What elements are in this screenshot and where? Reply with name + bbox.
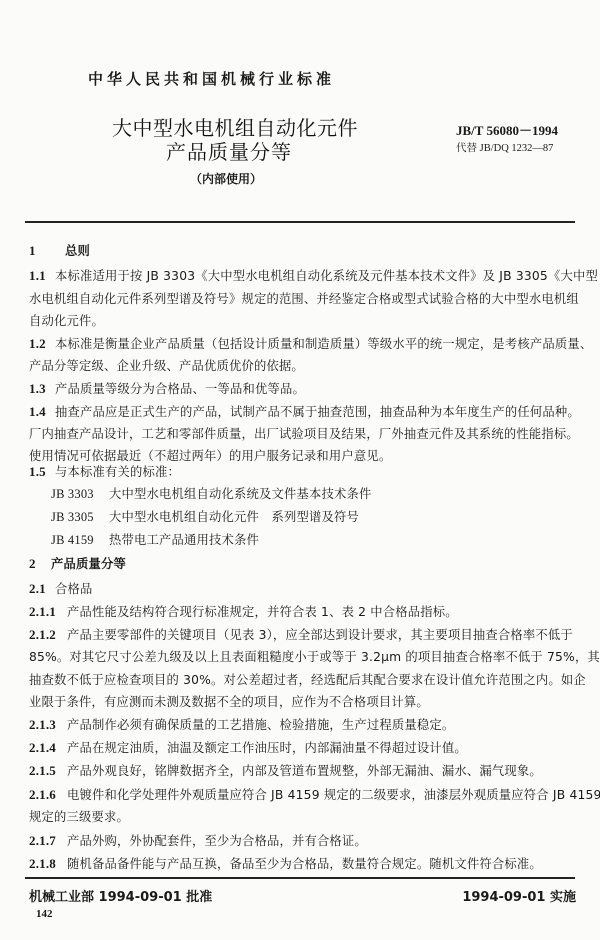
reference-title: 大中型水电机组自动化系统及文件基本技术条件: [109, 487, 371, 501]
clause-number: 1.2: [29, 333, 55, 355]
clause-text: 产品外购，外协配套件，至少为合格品，并有合格证。: [67, 834, 367, 848]
clause-number: 2.1: [29, 578, 55, 600]
reference-standard: JB 3305大中型水电机组自动化元件 系列型谱及符号: [51, 506, 596, 528]
clause-text: 本标准适用于按 JB 3303《大中型水电机组自动化系统及元件基本技术文件》及 …: [55, 269, 598, 283]
clause-2-1-6-line1: 2.1.6电镀件和化学处理件外观质量应符合 JB 4159 规定的二级要求，油漆…: [29, 784, 574, 806]
clause-1-5: 1.5与本标准有关的标准：: [29, 461, 574, 483]
clause-2-1-2-line4: 业限于条件，有应测而未测及数据不全的项目，应作为不合格项目计算。: [29, 691, 574, 713]
section-number: 1: [29, 240, 51, 262]
clause-number: 1.5: [29, 461, 55, 483]
standard-code: JB/T 56080－1994: [456, 120, 558, 139]
clause-text: 产品质量等级分为合格品、一等品和优等品。: [55, 382, 305, 396]
clause-1-1-line2: 水电机组自动化元件系列型谱及符号》规定的范围、并经鉴定合格或型式试验合格的大中型…: [29, 288, 574, 310]
clause-number: 2.1.2: [29, 624, 67, 646]
clause-2-1-2-line3: 抽查数不低于应检查项目的 30%。对公差超过者，经选配后其配合要求在设计值允许范…: [29, 669, 574, 691]
clause-number: 2.1.1: [29, 601, 67, 623]
clause-1-3: 1.3产品质量等级分为合格品、一等品和优等品。: [29, 378, 574, 400]
footer-divider: [25, 877, 575, 879]
clause-1-4-line2: 厂内抽查产品设计，工艺和零部件质量，出厂试验项目及结果，厂外抽查元件及其系统的性…: [29, 423, 574, 445]
clause-number: 2.1.6: [29, 784, 67, 806]
reference-standard: JB 4159热带电工产品通用技术条件: [51, 529, 596, 551]
clause-2-1-2-line1: 2.1.2产品主要零部件的关键项目（见表 3），应全部达到设计要求，其主要项目抽…: [29, 624, 574, 646]
clause-2-1-3: 2.1.3产品制作必须有确保质量的工艺措施、检验措施，生产过程质量稳定。: [29, 714, 574, 736]
clause-text: 随机备品备件能与产品互换，备品至少为合格品，数量符合规定。随机文件符合标准。: [67, 857, 542, 871]
clause-number: 2.1.7: [29, 830, 67, 852]
clause-2-1-2-line2: 85%。对其它尺寸公差九级及以上且表面粗糙度小于或等于 3.2μm 的项目抽查合…: [29, 646, 574, 668]
clause-1-2-line1: 1.2本标准是衡量企业产品质量（包括设计质量和制造质量）等级水平的统一规定，是考…: [29, 333, 574, 355]
page-number: 142: [36, 908, 53, 920]
clause-text: 与本标准有关的标准：: [55, 465, 180, 479]
clause-text: 抽查产品应是正式生产的产品，试制产品不属于抽查范围，抽查品种为本年度生产的任何品…: [55, 405, 580, 419]
section-1-heading: 1总则: [29, 240, 574, 262]
clause-number: 2.1.4: [29, 737, 67, 759]
reference-code: JB 3303: [51, 483, 109, 505]
clause-text: 电镀件和化学处理件外观质量应符合 JB 4159 规定的二级要求，油漆层外观质量…: [67, 788, 600, 802]
reference-code: JB 4159: [51, 529, 109, 551]
implementation-date: 1994-09-01 实施: [462, 886, 576, 905]
reference-standard: JB 3303大中型水电机组自动化系统及文件基本技术条件: [51, 483, 596, 505]
standard-type-header: 中华人民共和国机械行业标准: [0, 68, 600, 89]
clause-number: 2.1.8: [29, 853, 67, 875]
clause-2-1: 2.1合格品: [29, 578, 574, 600]
clause-number: 1.3: [29, 378, 55, 400]
clause-2-1-6-line2: 规定的三级要求。: [29, 806, 574, 828]
clause-number: 2.1.5: [29, 760, 67, 782]
clause-number: 1.4: [29, 401, 55, 423]
reference-title: 热带电工产品通用技术条件: [109, 533, 259, 547]
clause-text: 产品主要零部件的关键项目（见表 3），应全部达到设计要求，其主要项目抽查合格率不…: [67, 628, 573, 642]
clause-2-1-1: 2.1.1产品性能及结构符合现行标准规定，并符合表 1、表 2 中合格品指标。: [29, 601, 574, 623]
clause-1-2-line2: 产品分等定级、企业升级、产品优质优价的依据。: [29, 355, 574, 377]
section-2-heading: 2产品质量分等: [29, 553, 574, 575]
clause-2-1-5: 2.1.5产品外观良好，铭牌数据齐全，内部及管道布置规整，外部无漏油、漏水、漏气…: [29, 760, 574, 782]
clause-1-1-line1: 1.1本标准适用于按 JB 3303《大中型水电机组自动化系统及元件基本技术文件…: [29, 265, 574, 287]
section-title: 总则: [65, 244, 90, 258]
reference-title: 大中型水电机组自动化元件 系列型谱及符号: [109, 510, 359, 524]
clause-2-1-7: 2.1.7产品外购，外协配套件，至少为合格品，并有合格证。: [29, 830, 574, 852]
internal-use-label: （内部使用）: [190, 170, 262, 187]
header-divider: [25, 221, 575, 223]
clause-number: 1.1: [29, 265, 55, 287]
reference-code: JB 3305: [51, 506, 109, 528]
clause-text: 产品外观良好，铭牌数据齐全，内部及管道布置规整，外部无漏油、漏水、漏气现象。: [67, 764, 542, 778]
clause-text: 合格品: [55, 582, 93, 596]
section-title: 产品质量分等: [51, 557, 126, 571]
section-number: 2: [29, 553, 51, 575]
clause-2-1-4: 2.1.4产品在规定油质，油温及额定工作油压时，内部漏油量不得超过设计值。: [29, 737, 574, 759]
replaces-standard: 代替 JB/DQ 1232—87: [456, 140, 553, 155]
clause-number: 2.1.3: [29, 714, 67, 736]
clause-2-1-8: 2.1.8随机备品备件能与产品互换，备品至少为合格品，数量符合规定。随机文件符合…: [29, 853, 574, 875]
document-title-line2: 产品质量分等: [166, 136, 292, 165]
clause-text: 产品在规定油质，油温及额定工作油压时，内部漏油量不得超过设计值。: [67, 741, 467, 755]
approval-info: 机械工业部 1994-09-01 批准: [29, 886, 212, 905]
clause-text: 本标准是衡量企业产品质量（包括设计质量和制造质量）等级水平的统一规定，是考核产品…: [55, 337, 592, 351]
clause-1-4-line1: 1.4抽查产品应是正式生产的产品，试制产品不属于抽查范围，抽查品种为本年度生产的…: [29, 401, 574, 423]
clause-1-1-line3: 自动化元件。: [29, 310, 574, 332]
clause-text: 产品性能及结构符合现行标准规定，并符合表 1、表 2 中合格品指标。: [67, 605, 458, 619]
clause-text: 产品制作必须有确保质量的工艺措施、检验措施，生产过程质量稳定。: [67, 718, 454, 732]
